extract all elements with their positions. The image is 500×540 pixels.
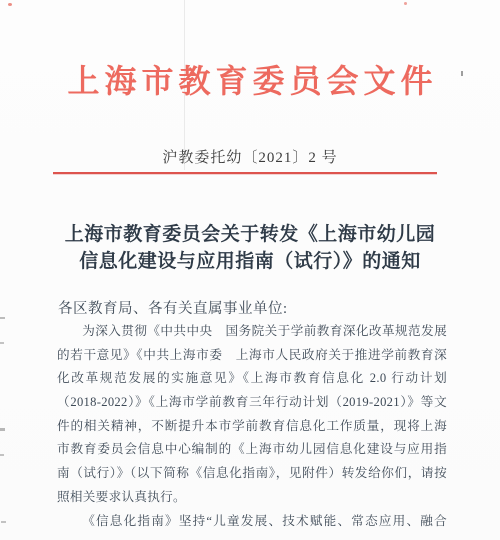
- body-line: 市教育委员会信息中心编制的《上海市幼儿园信息化建设与应用指: [57, 438, 447, 462]
- scan-artifact: [0, 317, 5, 319]
- body-text: 为深入贯彻《中共中央 国务院关于学前教育深化改革规范发展 的若干意见》《中共上海…: [57, 320, 447, 533]
- letterhead-org-title: 上海市教育委员会文件: [0, 56, 500, 102]
- document-page: 上海市教育委员会文件 沪教委托幼〔2021〕2 号 上海市教育委员会关于转发《上…: [0, 0, 500, 540]
- scan-artifact: [0, 342, 4, 344]
- body-line: 《信息化指南》坚持“儿童发展、技术赋能、常态应用、融合: [57, 510, 447, 534]
- body-line: （2018-2022）》《上海市学前教育三年行动计划（2019-2021）》等文: [57, 391, 447, 415]
- body-line: 化改革规范发展的实施意见》《上海市教育信息化 2.0 行动计划: [57, 367, 447, 391]
- document-number: 沪教委托幼〔2021〕2 号: [0, 146, 500, 167]
- scan-artifact: [8, 3, 12, 6]
- red-divider-line: [53, 172, 437, 174]
- body-line: 为深入贯彻《中共中央 国务院关于学前教育深化改革规范发展: [57, 320, 447, 344]
- scan-artifact: [0, 428, 5, 431]
- body-line: 南（试行）》（以下简称《信息化指南》，见附件）转发给你们，请按: [57, 462, 447, 486]
- scan-artifact: [404, 2, 407, 5]
- salutation: 各区教育局、各有关直属事业单位:: [58, 297, 288, 318]
- notice-title-line2: 信息化建设与应用指南（试行）》的通知: [0, 248, 500, 275]
- notice-title-line1: 上海市教育委员会关于转发《上海市幼儿园: [0, 221, 500, 248]
- body-line: 的若干意见》《中共上海市委 上海市人民政府关于推进学前教育深: [57, 344, 447, 368]
- body-line: 件的相关精神，不断提升本市学前教育信息化工作质量，现将上海: [57, 415, 447, 439]
- scan-artifact: [1, 521, 6, 523]
- notice-title: 上海市教育委员会关于转发《上海市幼儿园 信息化建设与应用指南（试行）》的通知: [0, 221, 500, 275]
- scan-artifact: [0, 454, 4, 456]
- body-line: 照相关要求认真执行。: [57, 486, 447, 510]
